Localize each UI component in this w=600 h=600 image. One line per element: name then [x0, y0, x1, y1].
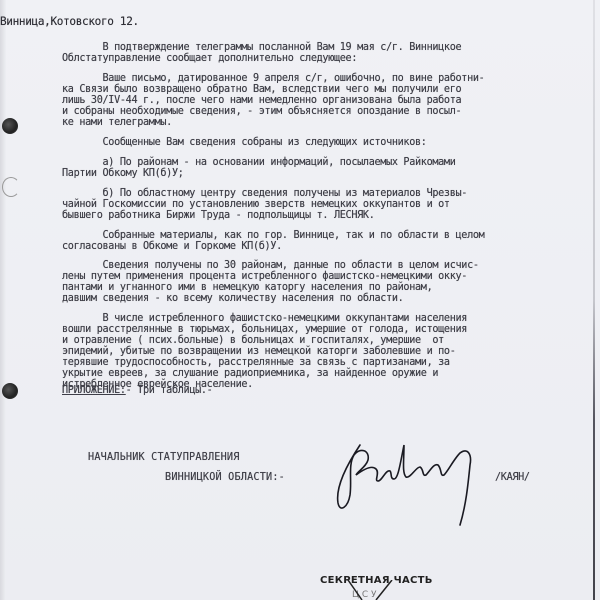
- signatory-name: /КАЯН/: [495, 472, 530, 483]
- body-text-line: Сообщенные Вам сведения собраны из следу…: [62, 137, 427, 148]
- body-text-line: давшим сведения - ко всему количеству на…: [62, 293, 403, 304]
- appendix-label: ПРИЛОЖЕНИЕ:: [62, 384, 126, 396]
- punch-hole-icon: [2, 118, 18, 134]
- punch-hole-icon: [2, 383, 18, 399]
- body-text-line: Облстатуправление сообщает дополнительно…: [62, 53, 357, 64]
- handwritten-signature-icon: [320, 425, 480, 535]
- signatory-title-line2: ВИННИЦКОЙ ОБЛАСТИ:-: [165, 472, 285, 483]
- page-left-edge-shadow: [0, 0, 6, 600]
- body-text-line: бывшего работника Биржи Труда - подпольщ…: [62, 210, 374, 221]
- body-text-line: согласованы в Обкоме и Горкоме КП(б)У.: [62, 241, 282, 252]
- right-margin-rule: [593, 0, 595, 600]
- body-text-line: ке нами телеграммы.: [62, 117, 172, 128]
- document-page: Винница,Котовского 12. В подтверждение т…: [0, 0, 600, 600]
- stamp-check-mark-icon: [340, 580, 400, 600]
- appendix-line: ПРИЛОЖЕНИЕ:- Три таблицы.-: [62, 385, 212, 396]
- signatory-title-line1: НАЧАЛЬНИК СТАТУПРАВЛЕНИЯ: [88, 452, 240, 463]
- body-text-line: Партии Обкому КП(б)У;: [62, 168, 184, 179]
- punch-hole-outline-icon: [2, 177, 20, 197]
- sender-address: Винница,Котовского 12.: [0, 16, 139, 27]
- appendix-text: - Три таблицы.-: [126, 384, 213, 396]
